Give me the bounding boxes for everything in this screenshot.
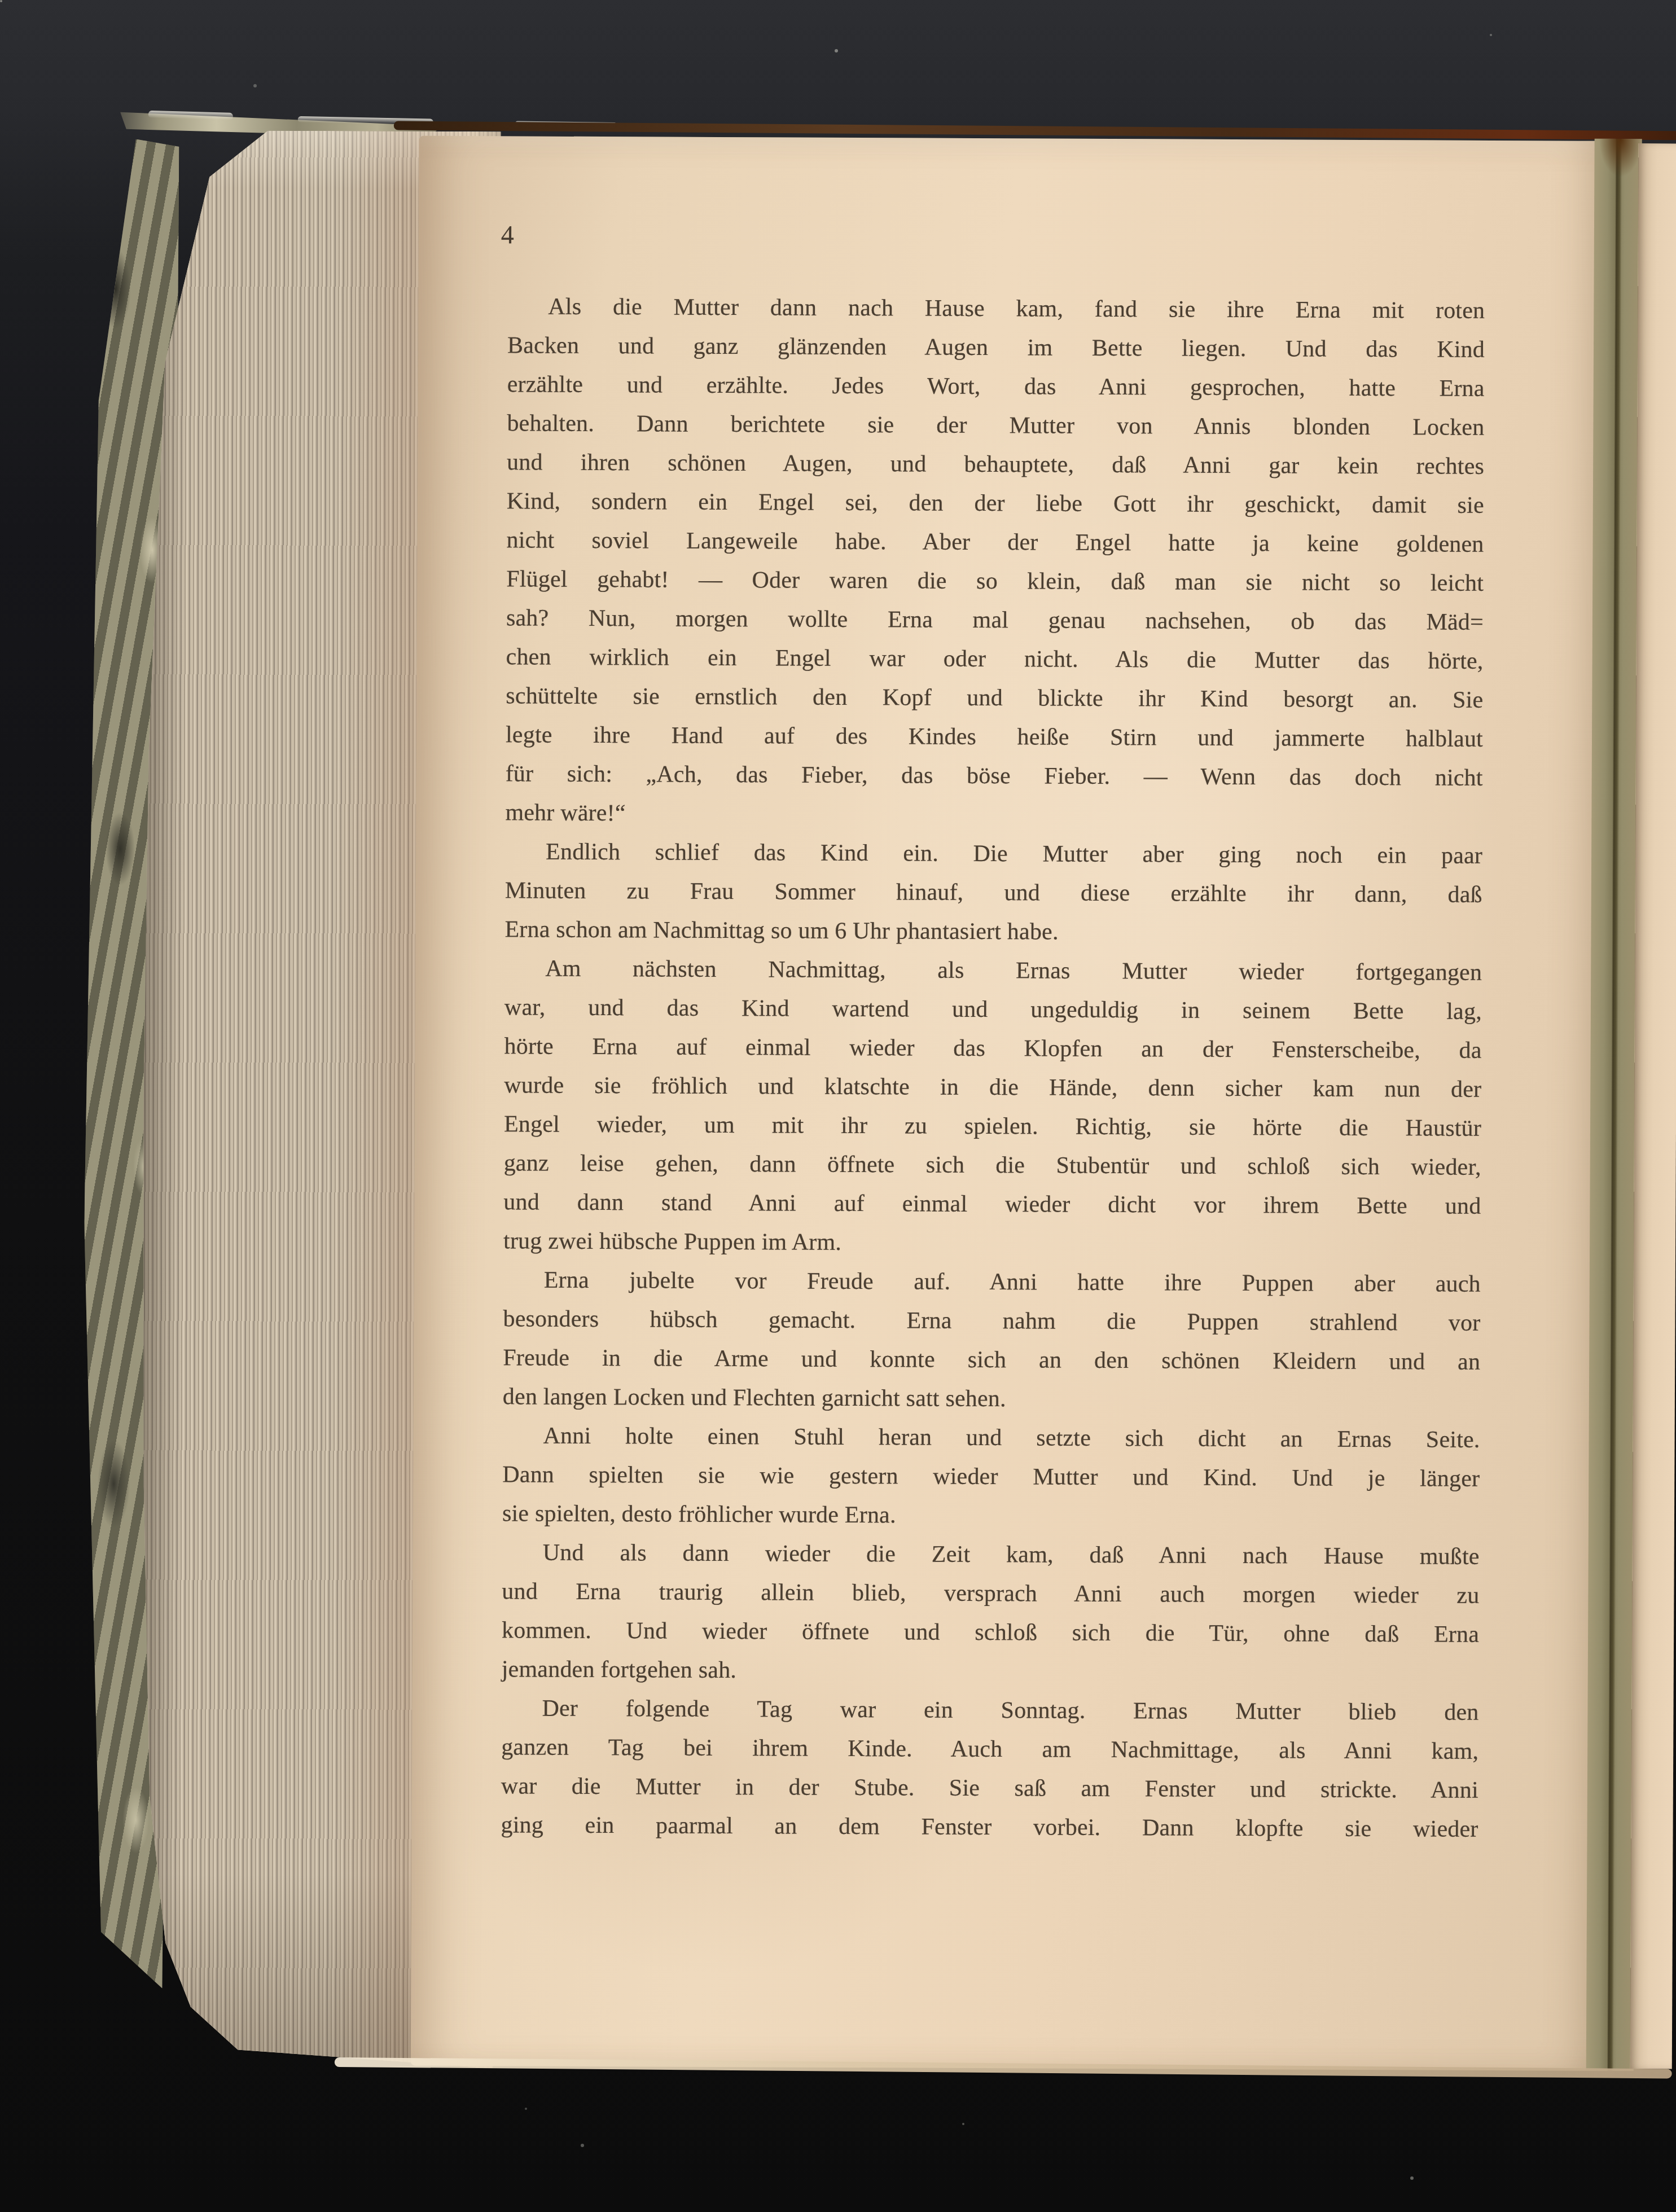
text-line: Engel wieder, um mit ihr zu spielen. Ric… (504, 1105, 1481, 1148)
text-line: Erna jubelte vor Freude auf. Anni hatte … (503, 1261, 1481, 1304)
text-line: und Erna traurig allein blieb, versprach… (502, 1572, 1479, 1616)
text-line: und dann stand Anni auf einmal wieder di… (503, 1183, 1481, 1226)
text-line: ganz leise gehen, dann öffnete sich die … (504, 1144, 1481, 1187)
text-line: legte ihre Hand auf des Kindes heiße Sti… (506, 716, 1483, 759)
text-line: Und als dann wieder die Zeit kam, daß An… (502, 1533, 1480, 1577)
text-line: Endlich schlief das Kind ein. Die Mutter… (505, 832, 1482, 876)
text-line: behalten. Dann berichtete sie der Mutter… (507, 404, 1484, 447)
text-line: chen wirklich ein Engel war oder nicht. … (506, 638, 1483, 681)
text-line: sah? Nun, morgen wollte Erna mal genau n… (506, 599, 1484, 642)
text-line: den langen Locken und Flechten garnicht … (503, 1377, 1480, 1421)
text-line: Dann spielten sie wie gestern wieder Mut… (502, 1455, 1480, 1499)
text-line: trug zwei hübsche Puppen im Arm. (503, 1222, 1481, 1265)
text-line: Am nächsten Nachmittag, als Ernas Mutter… (504, 949, 1482, 993)
text-line: Als die Mutter dann nach Hause kam, fand… (507, 287, 1485, 331)
text-line: ging ein paarmal an dem Fenster vorbei. … (501, 1806, 1478, 1849)
text-line: Der folgende Tag war ein Sonntag. Ernas … (501, 1689, 1478, 1732)
open-book: 4 Als die Mutter dann nach Hause kam, fa… (0, 0, 1676, 2212)
text-line: kommen. Und wieder öffnete und schloß si… (502, 1611, 1479, 1654)
text-line: besonders hübsch gemacht. Erna nahm die … (503, 1300, 1480, 1343)
text-line: und ihren schönen Augen, und behauptete,… (507, 443, 1484, 486)
text-line: Anni holte einen Stuhl heran und setzte … (502, 1416, 1480, 1460)
text-line: mehr wäre!“ (505, 793, 1482, 837)
page-text: Als die Mutter dann nach Hause kam, fand… (501, 287, 1485, 1849)
text-line: für sich: „Ach, das Fieber, das böse Fie… (506, 754, 1483, 798)
book-photo: 4 Als die Mutter dann nach Hause kam, fa… (0, 0, 1676, 2212)
text-line: hörte Erna auf einmal wieder das Klopfen… (504, 1027, 1481, 1070)
text-line: Kind, sondern ein Engel sei, den der lie… (507, 482, 1484, 525)
text-line: war, und das Kind wartend und ungeduldig… (504, 988, 1482, 1032)
text-line: erzählte und erzählte. Jedes Wort, das A… (507, 365, 1485, 409)
text-line: jemanden fortgehen sah. (502, 1650, 1479, 1693)
text-line: wurde sie fröhlich und klatschte in die … (504, 1066, 1481, 1109)
text-line: sie spielten, desto fröhlicher wurde Ern… (502, 1494, 1480, 1538)
text-line: schüttelte sie ernstlich den Kopf und bl… (506, 677, 1483, 720)
text-line: Minuten zu Frau Sommer hinauf, und diese… (505, 871, 1482, 915)
text-line: war die Mutter in der Stube. Sie saß am … (501, 1767, 1478, 1810)
text-line: Erna schon am Nachmittag so um 6 Uhr pha… (504, 910, 1482, 954)
adjacent-page-edge (1630, 143, 1676, 2069)
page-number: 4 (501, 220, 514, 249)
text-line: nicht soviel Langeweile habe. Aber der E… (506, 521, 1484, 564)
open-page: 4 Als die Mutter dann nach Hause kam, fa… (411, 136, 1604, 2071)
text-line: ganzen Tag bei ihrem Kinde. Auch am Nach… (501, 1728, 1478, 1771)
text-line: Backen und ganz glänzenden Augen im Bett… (507, 326, 1485, 370)
text-line: Flügel gehabt! — Oder waren die so klein… (506, 560, 1484, 603)
dust-specks (0, 0, 2, 2)
text-line: Freude in die Arme und konnte sich an de… (503, 1338, 1480, 1382)
